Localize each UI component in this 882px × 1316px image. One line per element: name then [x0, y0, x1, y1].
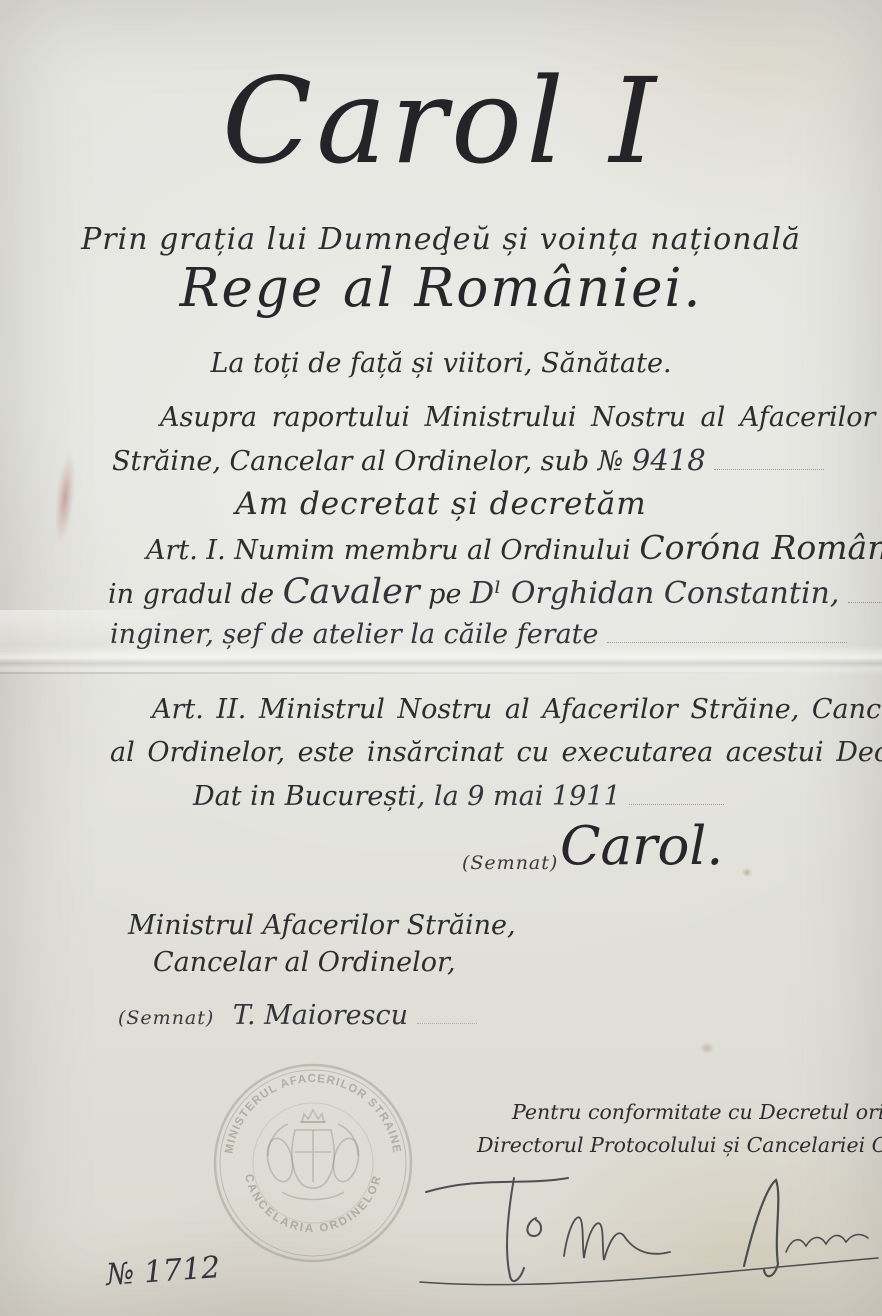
- minister-signature-line: (Semnat) T. Maiorescu: [118, 996, 477, 1031]
- embossed-seal: MINISTERUL AFACERILOR STRAINE CANCELARIA…: [210, 1060, 416, 1266]
- article-2-line-2: al Ordinelor, este insărcinat cu executa…: [110, 737, 882, 768]
- preamble-line-1: Asupra raportului Ministrului Nostru al …: [160, 402, 875, 433]
- dotted-fill: [714, 442, 824, 470]
- minister-signature: T. Maiorescu: [233, 1000, 408, 1031]
- royal-signature: Carol.: [560, 816, 723, 877]
- registry-number: № 1712: [105, 1250, 221, 1293]
- grade-pe: pe: [420, 579, 470, 610]
- dateline: Dat in București, la 9 mai 1911: [193, 777, 724, 812]
- seal-bottom-text: CANCELARIA ORDINELOR: [242, 1173, 384, 1235]
- fold-crease-shadow: [0, 672, 882, 674]
- dateline-place: Dat in București: [193, 781, 417, 812]
- article-1-line-3: inginer, șef de atelier la căile ferate: [110, 615, 847, 650]
- salutation: La toți de față și viitori, Sănătate.: [0, 348, 882, 379]
- registry-number-value: 1712: [143, 1250, 222, 1290]
- minister-title-line-2: Cancelar al Ordinelor,: [153, 947, 456, 978]
- royal-title: Rege al României.: [0, 258, 882, 319]
- article-1-line-1: Art. I. Numim membru al Ordinului Coróna…: [146, 528, 882, 567]
- decree-formula: Am decretat și decretăm: [0, 486, 882, 522]
- grade-prefix: in gradul de: [108, 579, 283, 610]
- preamble-line-2-text: Străine, Cancelar al Ordinelor, sub №: [112, 446, 623, 477]
- fox-spot: [700, 1042, 714, 1054]
- grade-value: Cavaler: [283, 572, 420, 612]
- recipient-occupation: inginer, șef de atelier la căile ferate: [110, 619, 599, 650]
- article-1-label: Art. I.: [146, 535, 226, 566]
- dotted-fill: [629, 777, 724, 805]
- fox-spot: [742, 868, 752, 877]
- signed-label-minister: (Semnat): [118, 1007, 214, 1029]
- registry-number-label: №: [105, 1256, 136, 1293]
- director-signature: [418, 1166, 882, 1296]
- dotted-fill: [417, 996, 477, 1024]
- dotted-fill: [848, 575, 882, 603]
- coat-of-arms: [264, 1110, 363, 1200]
- certification-line-1: Pentru conformitate cu Decretul original: [512, 1100, 882, 1124]
- dateline-date: , la 9 mai 1911: [417, 781, 621, 812]
- preamble-line-2: Străine, Cancelar al Ordinelor, sub № 94…: [112, 442, 824, 477]
- order-name: Coróna României,: [639, 528, 882, 567]
- report-number-value: 9418: [632, 443, 706, 477]
- fold-crease: [0, 646, 882, 676]
- article-1-line-2: in gradul de Cavaler pe Dˡ Orghidan Cons…: [108, 572, 882, 612]
- signed-label-royal: (Semnat): [462, 852, 558, 874]
- article-2-line-1: Art. II. Ministrul Nostru al Afacerilor …: [152, 694, 882, 725]
- svg-text:CANCELARIA ORDINELOR: CANCELARIA ORDINELOR: [242, 1173, 384, 1235]
- grace-formula: Prin grația lui Dumneḑeŭ și voința națio…: [0, 222, 882, 257]
- dotted-fill: [607, 615, 847, 643]
- article-1-text: Numim membru al Ordinului: [226, 535, 640, 566]
- recipient-name: Dˡ Orghidan Constantin,: [470, 576, 839, 611]
- certification-line-2: Directorul Protocolului și Cancelariei O…: [477, 1133, 882, 1157]
- minister-title-line-1: Ministrul Afacerilor Străine,: [128, 910, 516, 941]
- decree-document: Carol I Prin grația lui Dumneḑeŭ și voin…: [0, 0, 882, 1316]
- royal-name-heading: Carol I: [0, 52, 882, 190]
